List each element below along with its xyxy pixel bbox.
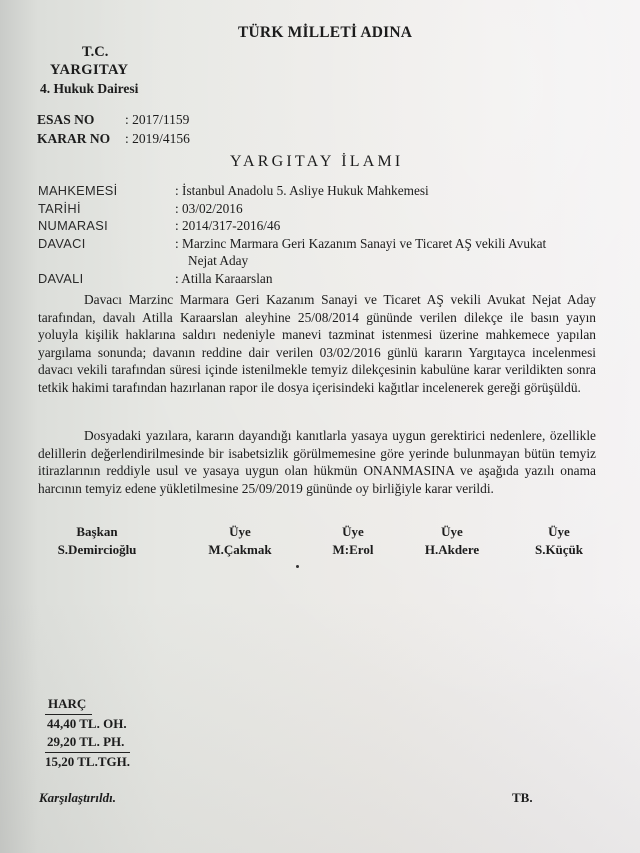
- clerk-initials: TB.: [512, 790, 533, 806]
- signatory-member: Üye M.Çakmak: [190, 523, 290, 559]
- signatory-member: Üye H.Akdere: [402, 523, 502, 559]
- signatory-name: S.Küçük: [514, 541, 604, 559]
- court-department: 4. Hukuk Dairesi: [40, 81, 138, 97]
- signatory-name: M.Çakmak: [190, 541, 290, 559]
- signatory-role: Üye: [402, 523, 502, 541]
- paragraph-text: Dosyadaki yazılara, kararın dayandığı ka…: [38, 427, 596, 497]
- body-paragraph-2: Dosyadaki yazılara, kararın dayandığı ka…: [38, 427, 596, 497]
- info-value: : 2014/317-2016/46: [175, 217, 625, 235]
- info-row-court: MAHKEMESİ : İstanbul Anadolu 5. Asliye H…: [38, 182, 625, 200]
- republic-abbrev: T.C.: [82, 44, 108, 61]
- document-heading: TÜRK MİLLETİ ADINA: [238, 24, 412, 42]
- fee-block: HARÇ 44,40 TL. OH. 29,20 TL. PH. 15,20 T…: [45, 695, 130, 771]
- karar-no-row: KARAR NO: 2019/4156: [37, 131, 190, 147]
- info-label: MAHKEMESİ: [38, 182, 175, 200]
- signatory-president: Başkan S.Demircioğlu: [42, 523, 152, 559]
- compared-note: Karşılaştırıldı.: [39, 790, 116, 806]
- body-paragraph-1: Davacı Marzinc Marmara Geri Kazanım Sana…: [38, 291, 596, 397]
- info-value: : 03/02/2016: [175, 200, 625, 218]
- fee-line: 15,20 TL.TGH.: [45, 753, 130, 772]
- stray-dot: [296, 565, 299, 568]
- esas-no-row: ESAS NO: 2017/1159: [37, 112, 189, 128]
- fee-line: 44,40 TL. OH.: [45, 715, 130, 734]
- info-label: DAVALI: [38, 270, 175, 288]
- esas-no-value: : 2017/1159: [125, 112, 189, 127]
- info-label: DAVACI: [38, 235, 175, 253]
- info-value: : İstanbul Anadolu 5. Asliye Hukuk Mahke…: [175, 182, 625, 200]
- info-label: NUMARASI: [38, 217, 175, 235]
- case-info-table: MAHKEMESİ : İstanbul Anadolu 5. Asliye H…: [38, 182, 625, 287]
- info-value: : Atilla Karaarslan: [175, 270, 625, 288]
- signatory-name: H.Akdere: [402, 541, 502, 559]
- info-label: TARİHİ: [38, 200, 175, 218]
- signatory-role: Üye: [313, 523, 393, 541]
- paragraph-text: Davacı Marzinc Marmara Geri Kazanım Sana…: [38, 291, 596, 397]
- signatory-name: M:Erol: [313, 541, 393, 559]
- info-value-continuation: Nejat Aday: [38, 252, 625, 270]
- fee-title: HARÇ: [45, 695, 92, 715]
- signatory-name: S.Demircioğlu: [42, 541, 152, 559]
- info-row-plaintiff: DAVACI : Marzinc Marmara Geri Kazanım Sa…: [38, 235, 625, 253]
- karar-no-label: KARAR NO: [37, 131, 125, 147]
- info-value: : Marzinc Marmara Geri Kazanım Sanayi ve…: [175, 235, 625, 253]
- court-name: YARGITAY: [50, 62, 128, 79]
- signatory-role: Başkan: [42, 523, 152, 541]
- signatory-member: Üye M:Erol: [313, 523, 393, 559]
- esas-no-label: ESAS NO: [37, 112, 125, 128]
- info-row-date: TARİHİ : 03/02/2016: [38, 200, 625, 218]
- info-row-number: NUMARASI : 2014/317-2016/46: [38, 217, 625, 235]
- signatory-member: Üye S.Küçük: [514, 523, 604, 559]
- info-row-defendant: DAVALI : Atilla Karaarslan: [38, 270, 625, 288]
- signatory-role: Üye: [514, 523, 604, 541]
- karar-no-value: : 2019/4156: [125, 131, 190, 146]
- document-title: YARGITAY İLAMI: [230, 153, 403, 171]
- fee-line: 29,20 TL. PH.: [45, 733, 130, 753]
- signatory-role: Üye: [190, 523, 290, 541]
